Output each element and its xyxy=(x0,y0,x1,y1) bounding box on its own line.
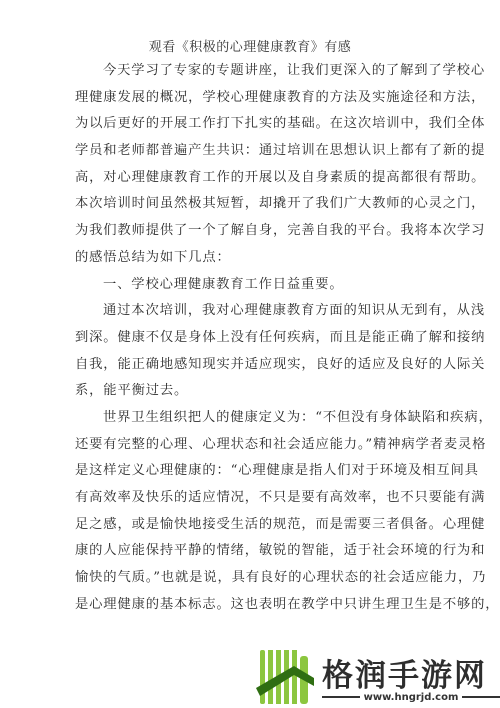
text-line: 的感悟总结为如下几点： xyxy=(75,245,420,272)
section-heading: 一、学校心理健康教育工作日益重要。 xyxy=(75,272,420,299)
document-body: 今天学习了专家的专题讲座，让我们更深入的了解到了学校心 理健康发展的概况，学校心… xyxy=(75,58,420,618)
text-line: 愉快的气质。”也就是说，具有良好的心理状态的社会适应能力，乃 xyxy=(75,565,420,592)
watermark-logo: 格润手游网 www.hngrjd.com xyxy=(254,648,500,708)
text-line: 通过本次培训，我对心理健康教育方面的知识从无到有，从浅 xyxy=(75,298,420,325)
divider xyxy=(322,696,360,698)
text-line: 系，能平衡过去。 xyxy=(75,378,420,405)
text-line: 自我，能正确地感知现实并适应现实，良好的适应及良好的人际关 xyxy=(75,352,420,379)
text-line: 为以后更好的开展工作打下扎实的基础。在这次培训中，我们全体 xyxy=(75,111,420,138)
text-line: 学员和老师都普遍产生共识：通过培训在思想认识上都有了新的提 xyxy=(75,138,420,165)
text-line: 高，对心理健康教育工作的开展以及自身素质的提高都很有帮助。 xyxy=(75,165,420,192)
watermark-url-row: www.hngrjd.com xyxy=(322,690,500,704)
text-line: 本次培训时间虽然极其短暂，却撬开了我们广大教师的心灵之门， xyxy=(75,191,420,218)
text-line: 有高效率及快乐的适应情况，不只是要有高效率，也不只要能有满 xyxy=(75,485,420,512)
document-title: 观看《积极的心理健康教育》有感 xyxy=(0,36,500,55)
divider xyxy=(462,696,500,698)
text-line: 为我们教师提供了一个了解自身，完善自我的平台。我将本次学习 xyxy=(75,218,420,245)
text-line: 康的人应能保持平静的情绪，敏锐的智能，适于社会环境的行为和 xyxy=(75,538,420,565)
text-line: 世界卫生组织把人的健康定义为：“不但没有身体缺陷和疾病， xyxy=(75,405,420,432)
text-line: 今天学习了专家的专题讲座，让我们更深入的了解到了学校心 xyxy=(75,58,420,85)
watermark-url: www.hngrjd.com xyxy=(360,692,463,703)
text-line: 足之感，或是愉快地接受生活的规范，而是需要三者俱备。心理健 xyxy=(75,512,420,539)
document-page: 观看《积极的心理健康教育》有感 今天学习了专家的专题讲座，让我们更深入的了解到了… xyxy=(0,0,500,708)
text-line: 理健康发展的概况，学校心理健康教育的方法及实施途径和方法， xyxy=(75,85,420,112)
text-line: 是这样定义心理健康的：“心理健康是指人们对于环境及相互间具 xyxy=(75,458,420,485)
text-line: 还要有完整的心理、心理状态和社会适应能力。”精神病学者麦灵格 xyxy=(75,432,420,459)
watermark-name: 格润手游网 xyxy=(322,650,487,695)
text-line: 是心理健康的基本标志。这也表明在教学中只讲生理卫生是不够的， xyxy=(75,592,420,619)
house-stripes-logo-icon xyxy=(254,648,314,706)
text-line: 到深。健康不仅是身体上没有任何疾病，而且是能正确了解和接纳 xyxy=(75,325,420,352)
